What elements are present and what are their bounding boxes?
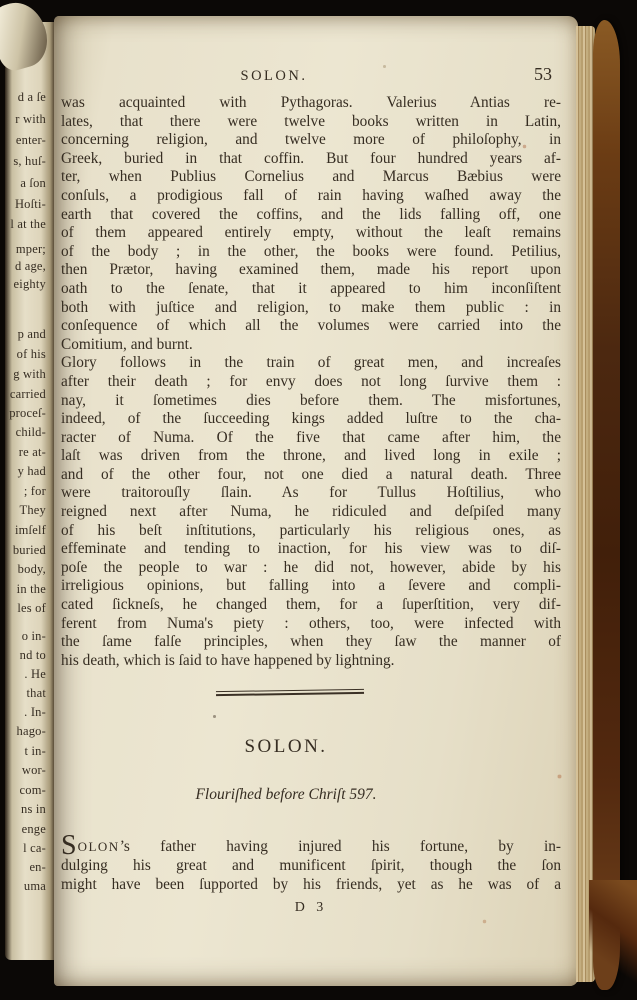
page-fragment-text: en- bbox=[29, 860, 46, 875]
signature-mark: D 3 bbox=[61, 899, 561, 918]
text-line: Greek, buried in that coffin. But four h… bbox=[61, 150, 561, 169]
page-fragment-text: imſelf bbox=[15, 523, 46, 538]
text-line: might have been ſupported by his friends… bbox=[61, 876, 561, 895]
text-line: his death, which is ſaid to have happene… bbox=[61, 652, 561, 671]
page-fragment-text: hago- bbox=[17, 724, 46, 739]
page-fragment-text: d a ſe bbox=[18, 90, 46, 105]
text-line: irreligious opinions, but falling into a… bbox=[61, 577, 561, 596]
page-fragment-text: child- bbox=[16, 425, 46, 440]
page-fragment-text: . He bbox=[24, 667, 46, 682]
page-fragment-text: body, bbox=[18, 562, 46, 577]
text-line: earth that covered the coffins, and the … bbox=[61, 206, 561, 225]
text-line: and of the other four, not one died a na… bbox=[61, 466, 561, 485]
page-fragment-text: a ſon bbox=[20, 176, 46, 191]
text-line: poſe the people to war : he did not, how… bbox=[61, 559, 561, 578]
page-text-block: was acquainted with Pythagoras. Valerius… bbox=[61, 94, 561, 918]
binding-corner bbox=[589, 880, 637, 1000]
page-fragment-text: l ca- bbox=[23, 841, 46, 856]
page-fragment-text: enge bbox=[22, 822, 46, 837]
paper-foxing-specks bbox=[54, 16, 55, 17]
page-fragment-text: They bbox=[20, 503, 46, 518]
page-fragment-text: com- bbox=[20, 783, 46, 798]
page-fragment-text: nd to bbox=[20, 648, 46, 663]
leather-binding-edge bbox=[593, 20, 620, 990]
section-heading: SOLON. bbox=[61, 735, 511, 759]
page-fragment-text: . In- bbox=[24, 705, 46, 720]
text-line: Comitium, and burnt. bbox=[61, 336, 561, 355]
page-fragment-text: eighty bbox=[14, 277, 46, 292]
text-line: nay, it ſometimes dies before them. The … bbox=[61, 392, 561, 411]
text-line: conſuls, a prodigious fall of rain havin… bbox=[61, 187, 561, 206]
text-line: effeminate and tending to inaction, for … bbox=[61, 540, 561, 559]
text-line: laſt was driven from the throne, and liv… bbox=[61, 447, 561, 466]
text-line: then Prætor, having examined them, made … bbox=[61, 261, 561, 280]
text-line: both with juſtice and religion, to make … bbox=[61, 299, 561, 318]
previous-page-edge: d a ſe r with enter- s, huſ- a ſon Hoſti… bbox=[5, 22, 55, 960]
page-fragment-text: in the bbox=[17, 582, 46, 597]
section-divider-rule bbox=[216, 689, 364, 696]
text-line-dropcap: SOLON’s father having injured his fortun… bbox=[61, 838, 561, 857]
page-fragment-text: enter- bbox=[16, 133, 46, 148]
running-title: SOLON. bbox=[54, 68, 494, 85]
page-fragment-text: t in- bbox=[25, 744, 46, 759]
page-fragment-text: l at the bbox=[10, 217, 46, 232]
text-line: lates, that there were twelve books writ… bbox=[61, 113, 561, 132]
page-fragment-text: p and bbox=[18, 327, 46, 342]
paragraph-solon-continuation: dulging his great and munificent ſpirit,… bbox=[61, 857, 561, 894]
text-line: reigned next after Numa, he ridiculed an… bbox=[61, 503, 561, 522]
first-line-rest: ’s father having injured his fortune, by… bbox=[120, 838, 561, 855]
text-line: of his beſt inſtitutions, particularly h… bbox=[61, 522, 561, 541]
book-photo-background: d a ſe r with enter- s, huſ- a ſon Hoſti… bbox=[0, 0, 637, 1000]
text-line: ter, when Publius Cornelius and Marcus B… bbox=[61, 168, 561, 187]
page-fragment-text: of his bbox=[17, 347, 46, 362]
page-fragment-text: Hoſti- bbox=[15, 197, 46, 212]
text-line: indeed, of the ſucceeding kings added lu… bbox=[61, 410, 561, 429]
text-line: after their death ; for envy does not lo… bbox=[61, 373, 561, 392]
text-line: of them appeared entirely empty, without… bbox=[61, 224, 561, 243]
page-fragment-text: uma bbox=[24, 879, 46, 894]
page-fragment-text: buried bbox=[13, 543, 46, 558]
book-page: SOLON. 53 was acquainted with Pythagoras… bbox=[54, 16, 578, 986]
page-fragment-text: y had bbox=[18, 464, 46, 479]
text-line: racter of Numa. Of the five that came af… bbox=[61, 429, 561, 448]
text-line: were traitorouſly ſlain. As for Tullus H… bbox=[61, 484, 561, 503]
paragraph-numa-glory: Glory follows in the train of great men,… bbox=[61, 354, 561, 670]
page-fragment-text: carried bbox=[10, 387, 46, 402]
page-fragment-text: ; for bbox=[24, 484, 46, 499]
text-line: concerning religion, and twelve more of … bbox=[61, 131, 561, 150]
page-fragment-text: d age, bbox=[15, 259, 46, 274]
solon-name-caps: OLON bbox=[78, 839, 120, 854]
previous-page-text-fragments: d a ſe r with enter- s, huſ- a ſon Hoſti… bbox=[5, 22, 55, 960]
text-line: cated ſickneſs, he changed them, for a ſ… bbox=[61, 596, 561, 615]
text-line: the ſame falſe principles, when they ſaw… bbox=[61, 633, 561, 652]
text-line: dulging his great and munificent ſpirit,… bbox=[61, 857, 561, 876]
text-line: conſequence of which all the volumes wer… bbox=[61, 317, 561, 336]
text-line: of the body ; in the other, the books we… bbox=[61, 243, 561, 262]
paragraph-numa-books: was acquainted with Pythagoras. Valerius… bbox=[61, 94, 561, 354]
text-line: oath to the ſenate, that it appeared to … bbox=[61, 280, 561, 299]
page-fragment-text: g with bbox=[13, 367, 46, 382]
page-fragment-text: that bbox=[26, 686, 46, 701]
page-fragment-text: s, huſ- bbox=[13, 154, 46, 169]
page-fragment-text: ns in bbox=[21, 802, 46, 817]
page-fragment-text: proceſ- bbox=[9, 406, 46, 421]
text-line: was acquainted with Pythagoras. Valerius… bbox=[61, 94, 561, 113]
text-line: Glory follows in the train of great men,… bbox=[61, 354, 561, 373]
page-fragment-text: mper; bbox=[16, 242, 46, 257]
page-fragment-text: r with bbox=[15, 112, 46, 127]
text-line: ferent from Numa's piety : others, too, … bbox=[61, 615, 561, 634]
page-fragment-text: re at- bbox=[19, 445, 46, 460]
page-fragment-text: wor- bbox=[22, 763, 46, 778]
page-fragment-text: les of bbox=[17, 601, 46, 616]
section-subheading: Flouriſhed before Chriſt 597. bbox=[61, 784, 511, 806]
page-number: 53 bbox=[534, 64, 552, 85]
paragraph-solon-intro: SOLON’s father having injured his fortun… bbox=[61, 838, 561, 894]
page-fragment-text: o in- bbox=[22, 629, 46, 644]
